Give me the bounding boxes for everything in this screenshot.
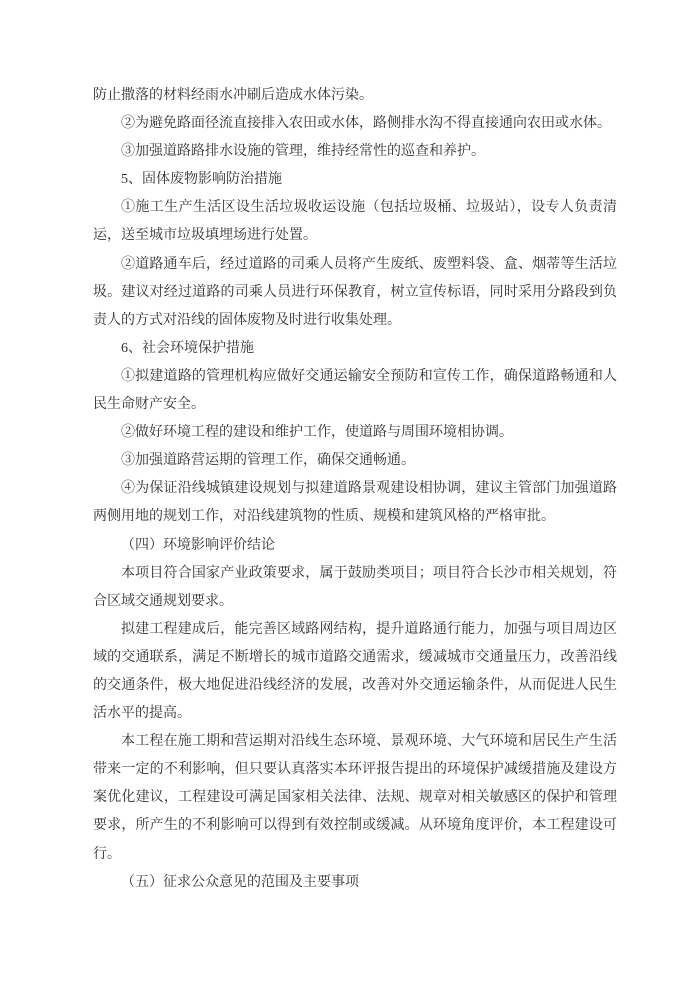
body-paragraph: ①施工生产生活区设生活垃圾收运设施（包括垃圾桶、垃圾站），设专人负责清运，送至城… [93, 194, 617, 250]
body-paragraph: ③加强道路营运期的管理工作，确保交通畅通。 [93, 447, 617, 475]
body-paragraph: ①拟建道路的管理机构应做好交通运输安全预防和宣传工作，确保道路畅通和人民生命财产… [93, 363, 617, 419]
body-paragraph: 本工程在施工期和营运期对沿线生态环境、景观环境、大气环境和居民生产生活带来一定的… [93, 728, 617, 868]
body-paragraph: ②为避免路面径流直接排入农田或水体，路侧排水沟不得直接通向农田或水体。 [93, 110, 617, 138]
document-text-block: 防止撒落的材料经雨水冲刷后造成水体污染。②为避免路面径流直接排入农田或水体，路侧… [93, 82, 617, 897]
body-paragraph: 拟建工程建成后，能完善区域路网结构，提升道路通行能力，加强与项目周边区域的交通联… [93, 616, 617, 728]
section-heading: （四）环境影响评价结论 [93, 532, 617, 560]
body-paragraph: 防止撒落的材料经雨水冲刷后造成水体污染。 [93, 82, 617, 110]
body-paragraph: ③加强道路路排水设施的管理，维持经常性的巡查和养护。 [93, 138, 617, 166]
body-paragraph: ②道路通车后，经过道路的司乘人员将产生废纸、废塑料袋、盒、烟蒂等生活垃圾。建议对… [93, 251, 617, 335]
section-heading: 5、固体废物影响防治措施 [93, 166, 617, 194]
body-paragraph: 本项目符合国家产业政策要求，属于鼓励类项目；项目符合长沙市相关规划，符合区域交通… [93, 560, 617, 616]
section-heading: （五）征求公众意见的范围及主要事项 [93, 869, 617, 897]
section-heading: 6、社会环境保护措施 [93, 335, 617, 363]
body-paragraph: ④为保证沿线城镇建设规划与拟建道路景观建设相协调，建议主管部门加强道路两侧用地的… [93, 475, 617, 531]
document-page: 防止撒落的材料经雨水冲刷后造成水体污染。②为避免路面径流直接排入农田或水体，路侧… [0, 0, 700, 989]
body-paragraph: ②做好环境工程的建设和维护工作，使道路与周围环境相协调。 [93, 419, 617, 447]
